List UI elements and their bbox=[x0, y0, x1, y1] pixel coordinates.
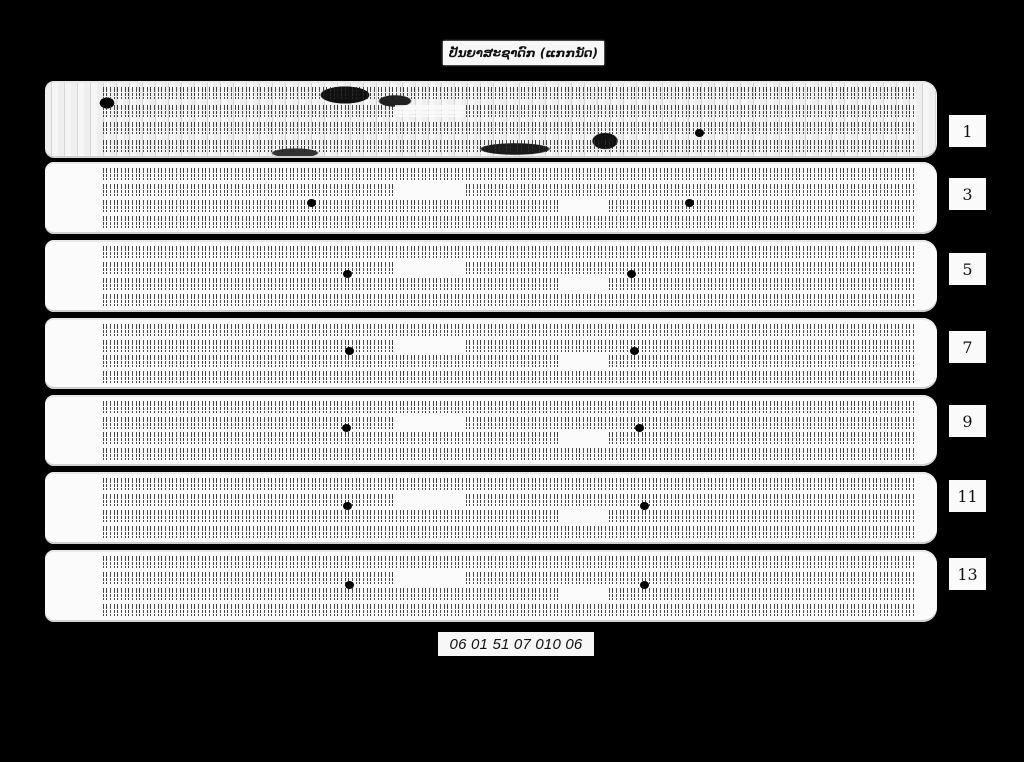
script-line bbox=[101, 478, 917, 490]
manuscript-text-block bbox=[101, 168, 917, 228]
binding-hole-icon bbox=[343, 502, 352, 510]
palm-leaf-7 bbox=[45, 318, 937, 389]
page-number-label: 7 bbox=[949, 331, 986, 363]
script-line bbox=[101, 572, 917, 584]
script-line bbox=[101, 140, 917, 152]
palm-leaf-9 bbox=[45, 395, 937, 466]
binding-hole-icon bbox=[343, 270, 352, 278]
page-number-label: 5 bbox=[949, 253, 986, 285]
binding-hole-icon bbox=[695, 129, 704, 137]
palm-leaf-11 bbox=[45, 472, 937, 544]
binding-hole-icon bbox=[685, 199, 694, 207]
binding-hole-icon bbox=[345, 581, 354, 589]
script-line bbox=[101, 432, 917, 444]
script-line bbox=[101, 526, 917, 538]
manuscript-text-block bbox=[101, 324, 917, 383]
script-line bbox=[101, 122, 917, 134]
palm-leaf-1 bbox=[45, 81, 937, 158]
script-line bbox=[101, 278, 917, 290]
binding-hole-icon bbox=[630, 347, 639, 355]
page-number-label: 1 bbox=[949, 115, 986, 147]
script-line bbox=[101, 87, 917, 99]
palm-leaf-5 bbox=[45, 240, 937, 312]
script-line bbox=[101, 588, 917, 600]
script-line bbox=[101, 556, 917, 568]
binding-hole-icon bbox=[342, 424, 351, 432]
palm-leaf-3 bbox=[45, 162, 937, 234]
script-line bbox=[101, 294, 917, 306]
script-line bbox=[101, 200, 917, 212]
binding-hole-icon bbox=[640, 502, 649, 510]
binding-hole-icon bbox=[103, 99, 112, 107]
script-line bbox=[101, 168, 917, 180]
page-number-label: 9 bbox=[949, 405, 986, 437]
binding-hole-icon bbox=[635, 424, 644, 432]
palm-leaf-13 bbox=[45, 550, 937, 622]
script-line bbox=[101, 216, 917, 228]
script-line bbox=[101, 246, 917, 258]
script-line bbox=[101, 417, 917, 429]
script-line bbox=[101, 105, 917, 117]
script-line bbox=[101, 340, 917, 352]
catalog-number-label: 06 01 51 07 010 06 bbox=[438, 632, 594, 656]
script-line bbox=[101, 355, 917, 367]
binding-hole-icon bbox=[345, 347, 354, 355]
binding-hole-icon bbox=[307, 199, 316, 207]
script-line bbox=[101, 184, 917, 196]
manuscript-text-block bbox=[101, 478, 917, 538]
page-number-label: 11 bbox=[949, 480, 986, 512]
manuscript-title-label: ປັນຍາສະຊາດົກ (ແກກນັດ) bbox=[443, 41, 604, 65]
script-line bbox=[101, 371, 917, 383]
script-line bbox=[101, 494, 917, 506]
manuscript-text-block bbox=[101, 556, 917, 616]
page-number-label: 13 bbox=[949, 558, 986, 590]
script-line bbox=[101, 324, 917, 336]
script-line bbox=[101, 401, 917, 413]
manuscript-text-block bbox=[101, 246, 917, 306]
binding-hole-icon bbox=[627, 270, 636, 278]
script-line bbox=[101, 510, 917, 522]
manuscript-text-block bbox=[101, 401, 917, 460]
script-line bbox=[101, 604, 917, 616]
script-line bbox=[101, 262, 917, 274]
page-number-label: 3 bbox=[949, 178, 986, 210]
script-line bbox=[101, 448, 917, 460]
manuscript-text-block bbox=[101, 87, 917, 152]
binding-hole-icon bbox=[640, 581, 649, 589]
